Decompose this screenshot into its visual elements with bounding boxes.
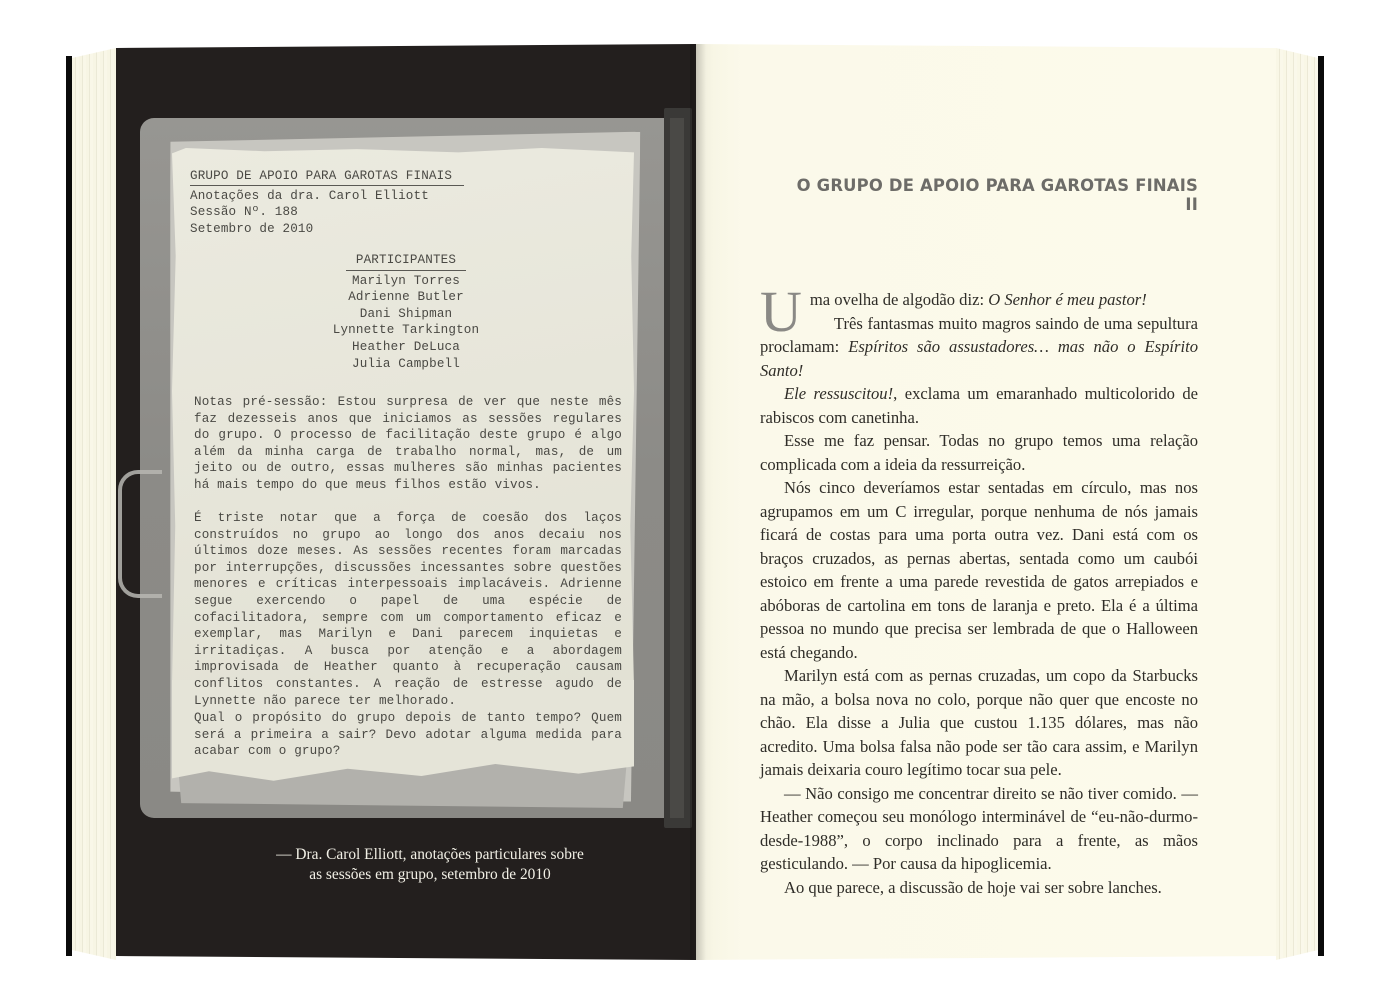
participants-title: PARTICIPANTES [346, 252, 466, 271]
paragraph: Ao que parece, a discussão de hoje vai s… [760, 876, 1198, 900]
paragraph: Ele ressuscitou!, exclama um emaranhado … [760, 382, 1198, 429]
participant: Marilyn Torres [300, 273, 512, 290]
page-stack-left [72, 48, 116, 960]
folder-string [118, 470, 162, 598]
note-date: Setembro de 2010 [190, 221, 464, 238]
image-caption: — Dra. Carol Elliott, anotações particul… [200, 845, 660, 885]
participant: Lynnette Tarkington [300, 322, 512, 339]
participant: Julia Campbell [300, 356, 512, 373]
chapter-body: Uma ovelha de algodão diz: O Senhor é me… [760, 288, 1198, 899]
note-paragraph: É triste notar que a força de coesão dos… [194, 510, 622, 709]
caption-line: as sessões em grupo, setembro de 2010 [200, 865, 660, 885]
note-author: Anotações da dra. Carol Elliott [190, 188, 464, 205]
paragraph: Nós cinco deveríamos estar sentadas em c… [760, 476, 1198, 664]
gutter-shadow [690, 44, 706, 960]
paragraph: — Não consigo me concentrar direito se n… [760, 782, 1198, 876]
italic-text: O Senhor é meu pastor! [988, 290, 1147, 309]
paragraph: Uma ovelha de algodão diz: O Senhor é me… [760, 288, 1198, 382]
participant: Adrienne Butler [300, 289, 512, 306]
folder-spine-inner [670, 118, 684, 818]
participant: Heather DeLuca [300, 339, 512, 356]
page-stack-right [1276, 48, 1318, 960]
drop-cap: U [760, 290, 802, 334]
note-paragraph: Notas pré-sessão: Estou surpresa de ver … [194, 394, 622, 494]
note-paragraph: Qual o propósito do grupo depois de tant… [194, 710, 622, 760]
paragraph: Marilyn está com as pernas cruzadas, um … [760, 664, 1198, 782]
paragraph: Esse me faz pensar. Todas no grupo temos… [760, 429, 1198, 476]
note-header: GRUPO DE APOIO PARA GAROTAS FINAIS Anota… [190, 168, 464, 237]
note-text: É triste notar que a força de coesão dos… [194, 510, 622, 709]
note-text: Notas pré-sessão: Estou surpresa de ver … [194, 394, 622, 494]
book-cover-edge-left [66, 56, 72, 956]
caption-line: — Dra. Carol Elliott, anotações particul… [200, 845, 660, 865]
book-cover-edge-right [1318, 56, 1324, 956]
participants-list: PARTICIPANTES Marilyn Torres Adrienne Bu… [300, 252, 512, 372]
note-session: Sessão Nº. 188 [190, 204, 464, 221]
note-title: GRUPO DE APOIO PARA GAROTAS FINAIS [190, 168, 464, 186]
chapter-title: O GRUPO DE APOIO PARA GAROTAS FINAIS II [794, 176, 1198, 214]
italic-text: Ele ressuscitou! [784, 384, 893, 403]
text: ma ovelha de algodão diz: [810, 290, 988, 309]
participant: Dani Shipman [300, 306, 512, 323]
note-text: Qual o propósito do grupo depois de tant… [194, 710, 622, 760]
